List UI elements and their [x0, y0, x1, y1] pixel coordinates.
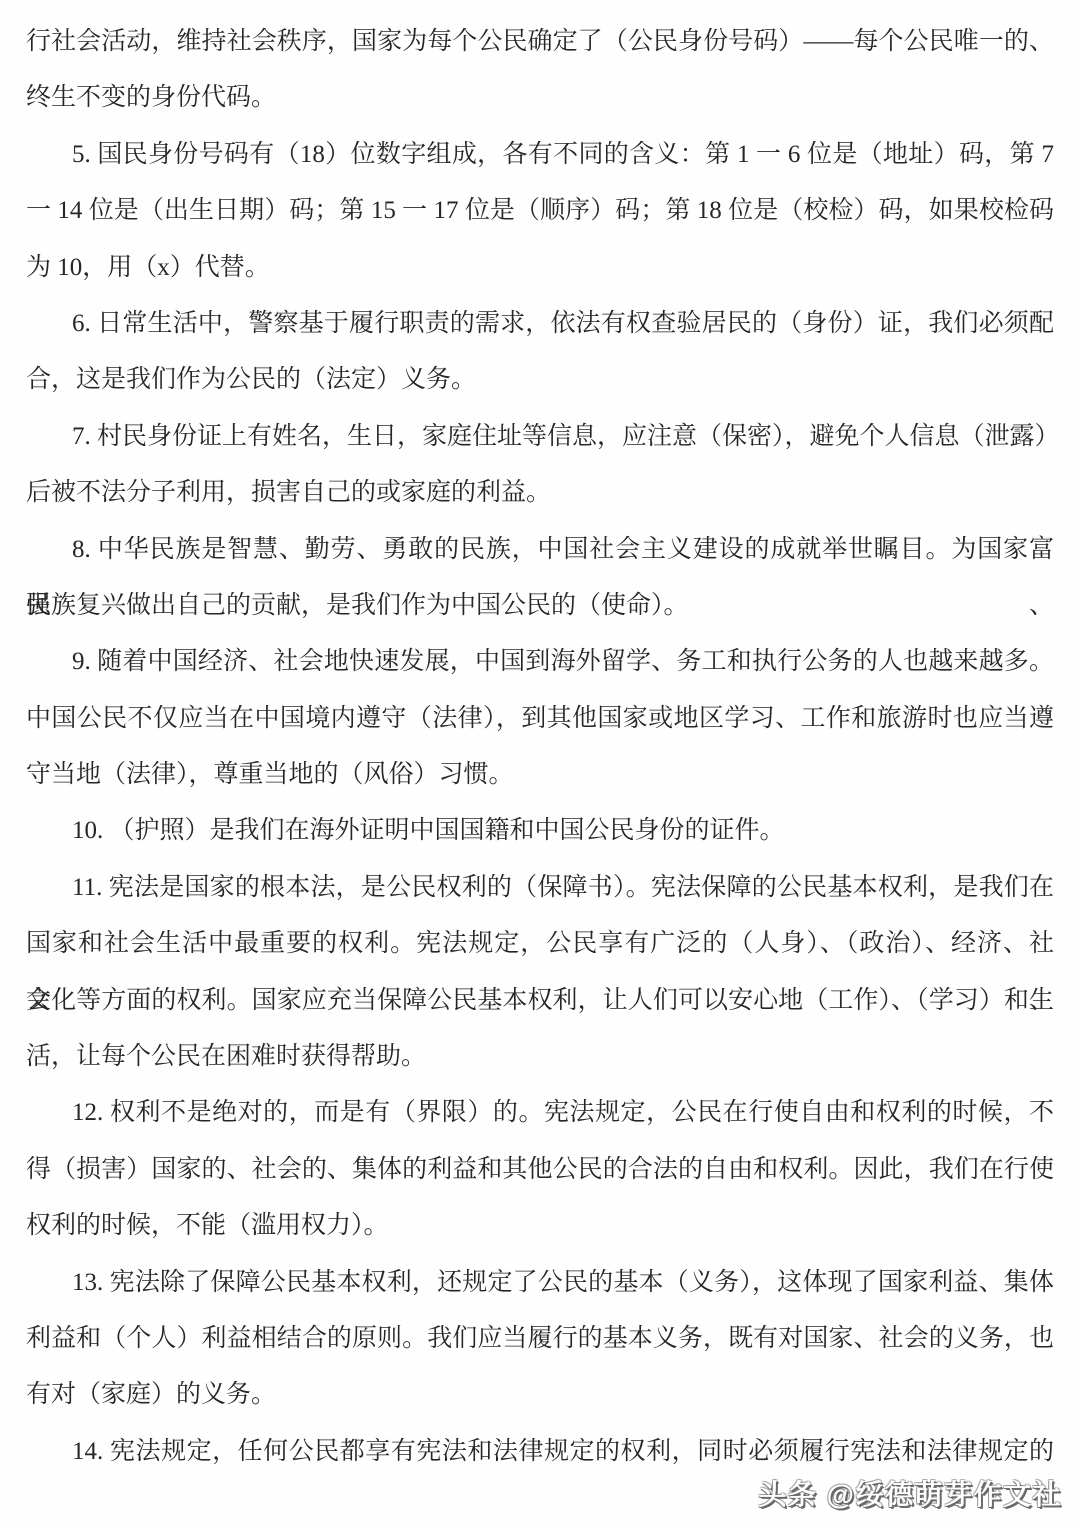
paragraph-8: 8. 中华民族是智慧、勤劳、勇敢的民族，中国社会主义建设的成就举世瞩目。为国家富… — [26, 522, 1054, 635]
paragraph-12: 12. 权利不是绝对的，而是有（界限）的。宪法规定，公民在行使自由和权利的时候，… — [26, 1085, 1054, 1254]
doc-line: 行社会活动，维持社会秩序，国家为每个公民确定了（公民身份号码）——每个公民唯一的… — [26, 14, 1054, 70]
doc-line: 利益和（个人）利益相结合的原则。我们应当履行的基本义务，既有对国家、社会的义务，… — [26, 1311, 1054, 1367]
document-text: 行社会活动，维持社会秩序，国家为每个公民确定了（公民身份号码）——每个公民唯一的… — [0, 0, 1080, 1480]
doc-line: 10. （护照）是我们在海外证明中国国籍和中国公民身份的证件。 — [26, 803, 1054, 859]
paragraph-6: 6. 日常生活中，警察基于履行职责的需求，依法有权查验居民的（身份）证，我们必须… — [26, 296, 1054, 409]
doc-line: 权利的时候，不能（滥用权力）。 — [26, 1198, 1054, 1254]
paragraph-14: 14. 宪法规定，任何公民都享有宪法和法律规定的权利，同时必须履行宪法和法律规定… — [26, 1424, 1054, 1480]
doc-line: 一 14 位是（出生日期）码；第 15 一 17 位是（顺序）码；第 18 位是… — [26, 183, 1054, 239]
doc-line: 为 10，用（x）代替。 — [26, 240, 1054, 296]
paragraph-9: 9. 随着中国经济、社会地快速发展，中国到海外留学、务工和执行公务的人也越来越多… — [26, 634, 1054, 803]
doc-line: 有对（家庭）的义务。 — [26, 1367, 1054, 1423]
doc-line: 12. 权利不是绝对的，而是有（界限）的。宪法规定，公民在行使自由和权利的时候，… — [26, 1085, 1054, 1141]
paragraph-10: 10. （护照）是我们在海外证明中国国籍和中国公民身份的证件。 — [26, 803, 1054, 859]
doc-line: 文化等方面的权利。国家应充当保障公民基本权利，让人们可以安心地（工作）、（学习）… — [26, 973, 1054, 1029]
doc-line: 活，让每个公民在困难时获得帮助。 — [26, 1029, 1054, 1085]
paragraph-11: 11. 宪法是国家的根本法，是公民权利的（保障书）。宪法保障的公民基本权利，是我… — [26, 860, 1054, 1086]
document-page: 行社会活动，维持社会秩序，国家为每个公民确定了（公民身份号码）——每个公民唯一的… — [0, 0, 1080, 1527]
doc-line: 5. 国民身份号码有（18）位数字组成，各有不同的含义：第 1 一 6 位是（地… — [26, 127, 1054, 183]
doc-line: 中国公民不仅应当在中国境内遵守（法律），到其他国家或地区学习、工作和旅游时也应当… — [26, 691, 1054, 747]
paragraph-5: 5. 国民身份号码有（18）位数字组成，各有不同的含义：第 1 一 6 位是（地… — [26, 127, 1054, 296]
doc-line: 6. 日常生活中，警察基于履行职责的需求，依法有权查验居民的（身份）证，我们必须… — [26, 296, 1054, 352]
doc-line: 13. 宪法除了保障公民基本权利，还规定了公民的基本（义务），这体现了国家利益、… — [26, 1255, 1054, 1311]
doc-line: 国家和社会生活中最重要的权利。宪法规定，公民享有广泛的（人身）、（政治）、经济、… — [26, 916, 1054, 972]
doc-line: 终生不变的身份代码。 — [26, 70, 1054, 126]
doc-line: 合，这是我们作为公民的（法定）义务。 — [26, 352, 1054, 408]
doc-line: 得（损害）国家的、社会的、集体的利益和其他公民的合法的自由和权利。因此，我们在行… — [26, 1142, 1054, 1198]
toutiao-watermark: 头条 @绥德萌芽作文社 — [758, 1473, 1062, 1513]
doc-line: 守当地（法律），尊重当地的（风俗）习惯。 — [26, 747, 1054, 803]
doc-line: 后被不法分子利用，损害自己的或家庭的利益。 — [26, 465, 1054, 521]
paragraph-4-continuation: 行社会活动，维持社会秩序，国家为每个公民确定了（公民身份号码）——每个公民唯一的… — [26, 14, 1054, 127]
doc-line: 9. 随着中国经济、社会地快速发展，中国到海外留学、务工和执行公务的人也越来越多… — [26, 634, 1054, 690]
doc-line: 8. 中华民族是智慧、勤劳、勇敢的民族，中国社会主义建设的成就举世瞩目。为国家富… — [26, 522, 1054, 578]
doc-line: 7. 村民身份证上有姓名，生日，家庭住址等信息，应注意（保密），避免个人信息（泄… — [26, 409, 1054, 465]
doc-line: 14. 宪法规定，任何公民都享有宪法和法律规定的权利，同时必须履行宪法和法律规定… — [26, 1424, 1054, 1480]
doc-line: 11. 宪法是国家的根本法，是公民权利的（保障书）。宪法保障的公民基本权利，是我… — [26, 860, 1054, 916]
paragraph-13: 13. 宪法除了保障公民基本权利，还规定了公民的基本（义务），这体现了国家利益、… — [26, 1255, 1054, 1424]
paragraph-7: 7. 村民身份证上有姓名，生日，家庭住址等信息，应注意（保密），避免个人信息（泄… — [26, 409, 1054, 522]
